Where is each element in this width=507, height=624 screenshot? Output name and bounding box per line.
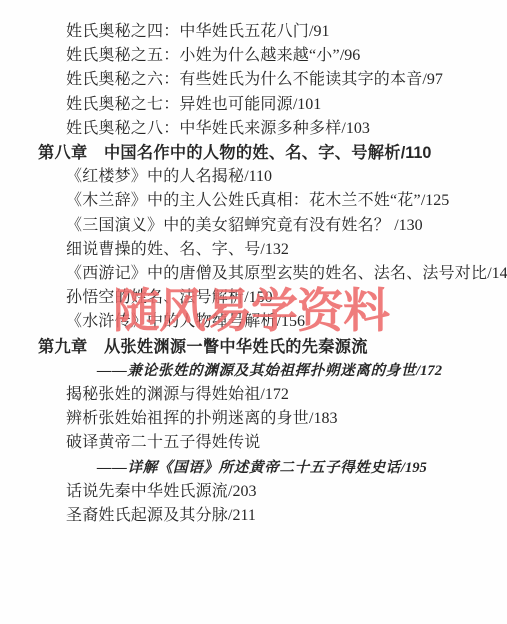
toc-entry: 《西游记》中的唐僧及其原型玄奘的姓名、法名、法号对比/147 [0,262,507,286]
toc-entry-title: 姓氏奥秘之八：中华姓氏来源多种多样 [66,120,341,137]
toc-entry: 圣裔姓氏起源及其分脉/211 [0,504,507,528]
toc-entry: 破译黄帝二十五子得姓传说 [0,431,507,455]
toc-entry-page: /156 [277,313,305,330]
toc-entry-page: /101 [293,96,321,113]
toc-entry-page: /103 [341,120,369,137]
toc-entry: 《木兰辞》中的主人公姓氏真相：花木兰不姓“花”/125 [0,189,507,213]
toc-entry-page: /183 [309,410,337,427]
toc-entry: 揭秘张姓的渊源与得姓始祖/172 [0,383,507,407]
toc-entry: 辨析张姓始祖挥的扑朔迷离的身世/183 [0,407,507,431]
chapter-subtitle-page: /172 [416,363,442,379]
toc-entry-page: /96 [340,47,360,64]
toc-entry-title: 揭秘张姓的渊源与得姓始祖 [66,386,260,403]
toc-entry-page: /147 [487,265,507,282]
chapter-heading-title: 第八章 中国名作中的人物的姓、名、字、号解析 [38,144,401,162]
toc-entry-page: /130 [394,217,422,234]
toc-entry: 姓氏奥秘之五：小姓为什么越来越“小”/96 [0,44,507,68]
toc-entry: 姓氏奥秘之七：异姓也可能同源/101 [0,93,507,117]
chapter-subtitle-title: ——兼论张姓的渊源及其始祖挥扑朔迷离的身世 [97,363,416,379]
toc-entry-page: /150 [244,289,272,306]
chapter-heading-title: 第九章 从张姓渊源一瞥中华姓氏的先秦源流 [38,338,368,356]
toc-entry-title: 圣裔姓氏起源及其分脉 [66,507,228,524]
toc-entry: 细说曹操的姓、名、字、号/132 [0,238,507,262]
book-toc-page: 姓氏奥秘之四：中华姓氏五花八门/91 姓氏奥秘之五：小姓为什么越来越“小”/96… [0,0,507,624]
toc-entry-title: 《木兰辞》中的主人公姓氏真相：花木兰不姓“花” [66,192,421,209]
toc-entry-title: 《红楼梦》中的人名揭秘 [66,168,244,185]
chapter-subtitle-title: ——详解《国语》所述黄帝二十五子得姓史话 [97,460,401,476]
chapter-heading: 第九章 从张姓渊源一瞥中华姓氏的先秦源流 [0,335,507,359]
toc-entry-page: /97 [422,71,442,88]
toc-entry-page: /211 [228,507,256,524]
toc-entry-title: 姓氏奥秘之五：小姓为什么越来越“小” [66,47,340,64]
toc-entry-title: 话说先秦中华姓氏源流 [66,483,228,500]
toc-entry: 话说先秦中华姓氏源流/203 [0,480,507,504]
chapter-subtitle: ——详解《国语》所述黄帝二十五子得姓史话/195 [0,456,507,480]
toc-entry-title: 细说曹操的姓、名、字、号 [66,241,260,258]
toc-entry: 孙悟空的姓名、法号解析/150 [0,286,507,310]
toc-entry: 《水浒传》中的人物绰号解析/156 [0,310,507,334]
chapter-heading-page: /110 [401,144,432,162]
toc-entry-title: 姓氏奥秘之四：中华姓氏五花八门 [66,23,309,40]
table-of-contents: 姓氏奥秘之四：中华姓氏五花八门/91 姓氏奥秘之五：小姓为什么越来越“小”/96… [0,20,507,528]
toc-entry: 姓氏奥秘之四：中华姓氏五花八门/91 [0,20,507,44]
toc-entry-page: /172 [260,386,288,403]
toc-entry: 姓氏奥秘之六：有些姓氏为什么不能读其字的本音/97 [0,68,507,92]
toc-entry-title: 辨析张姓始祖挥的扑朔迷离的身世 [66,410,309,427]
chapter-subtitle-page: /195 [401,460,427,476]
toc-entry-title: 《西游记》中的唐僧及其原型玄奘的姓名、法名、法号对比 [66,265,487,282]
toc-entry-title: 姓氏奥秘之六：有些姓氏为什么不能读其字的本音 [66,71,422,88]
toc-entry-title: 孙悟空的姓名、法号解析 [66,289,244,306]
toc-entry-page: /132 [260,241,288,258]
toc-entry-title: 姓氏奥秘之七：异姓也可能同源 [66,96,293,113]
toc-entry-title: 《水浒传》中的人物绰号解析 [66,313,277,330]
toc-entry: 姓氏奥秘之八：中华姓氏来源多种多样/103 [0,117,507,141]
chapter-subtitle: ——兼论张姓的渊源及其始祖挥扑朔迷离的身世/172 [0,359,507,383]
chapter-heading: 第八章 中国名作中的人物的姓、名、字、号解析/110 [0,141,507,165]
toc-entry-page: /203 [228,483,256,500]
toc-entry-page: /91 [309,23,329,40]
toc-entry-page: /125 [421,192,449,209]
toc-entry: 《三国演义》中的美女貂蝉究竟有没有姓名？ /130 [0,214,507,238]
toc-entry-title: 《三国演义》中的美女貂蝉究竟有没有姓名？ [66,217,394,234]
toc-entry-page: /110 [244,168,272,185]
toc-entry: 《红楼梦》中的人名揭秘/110 [0,165,507,189]
toc-entry-title: 破译黄帝二十五子得姓传说 [66,434,260,451]
